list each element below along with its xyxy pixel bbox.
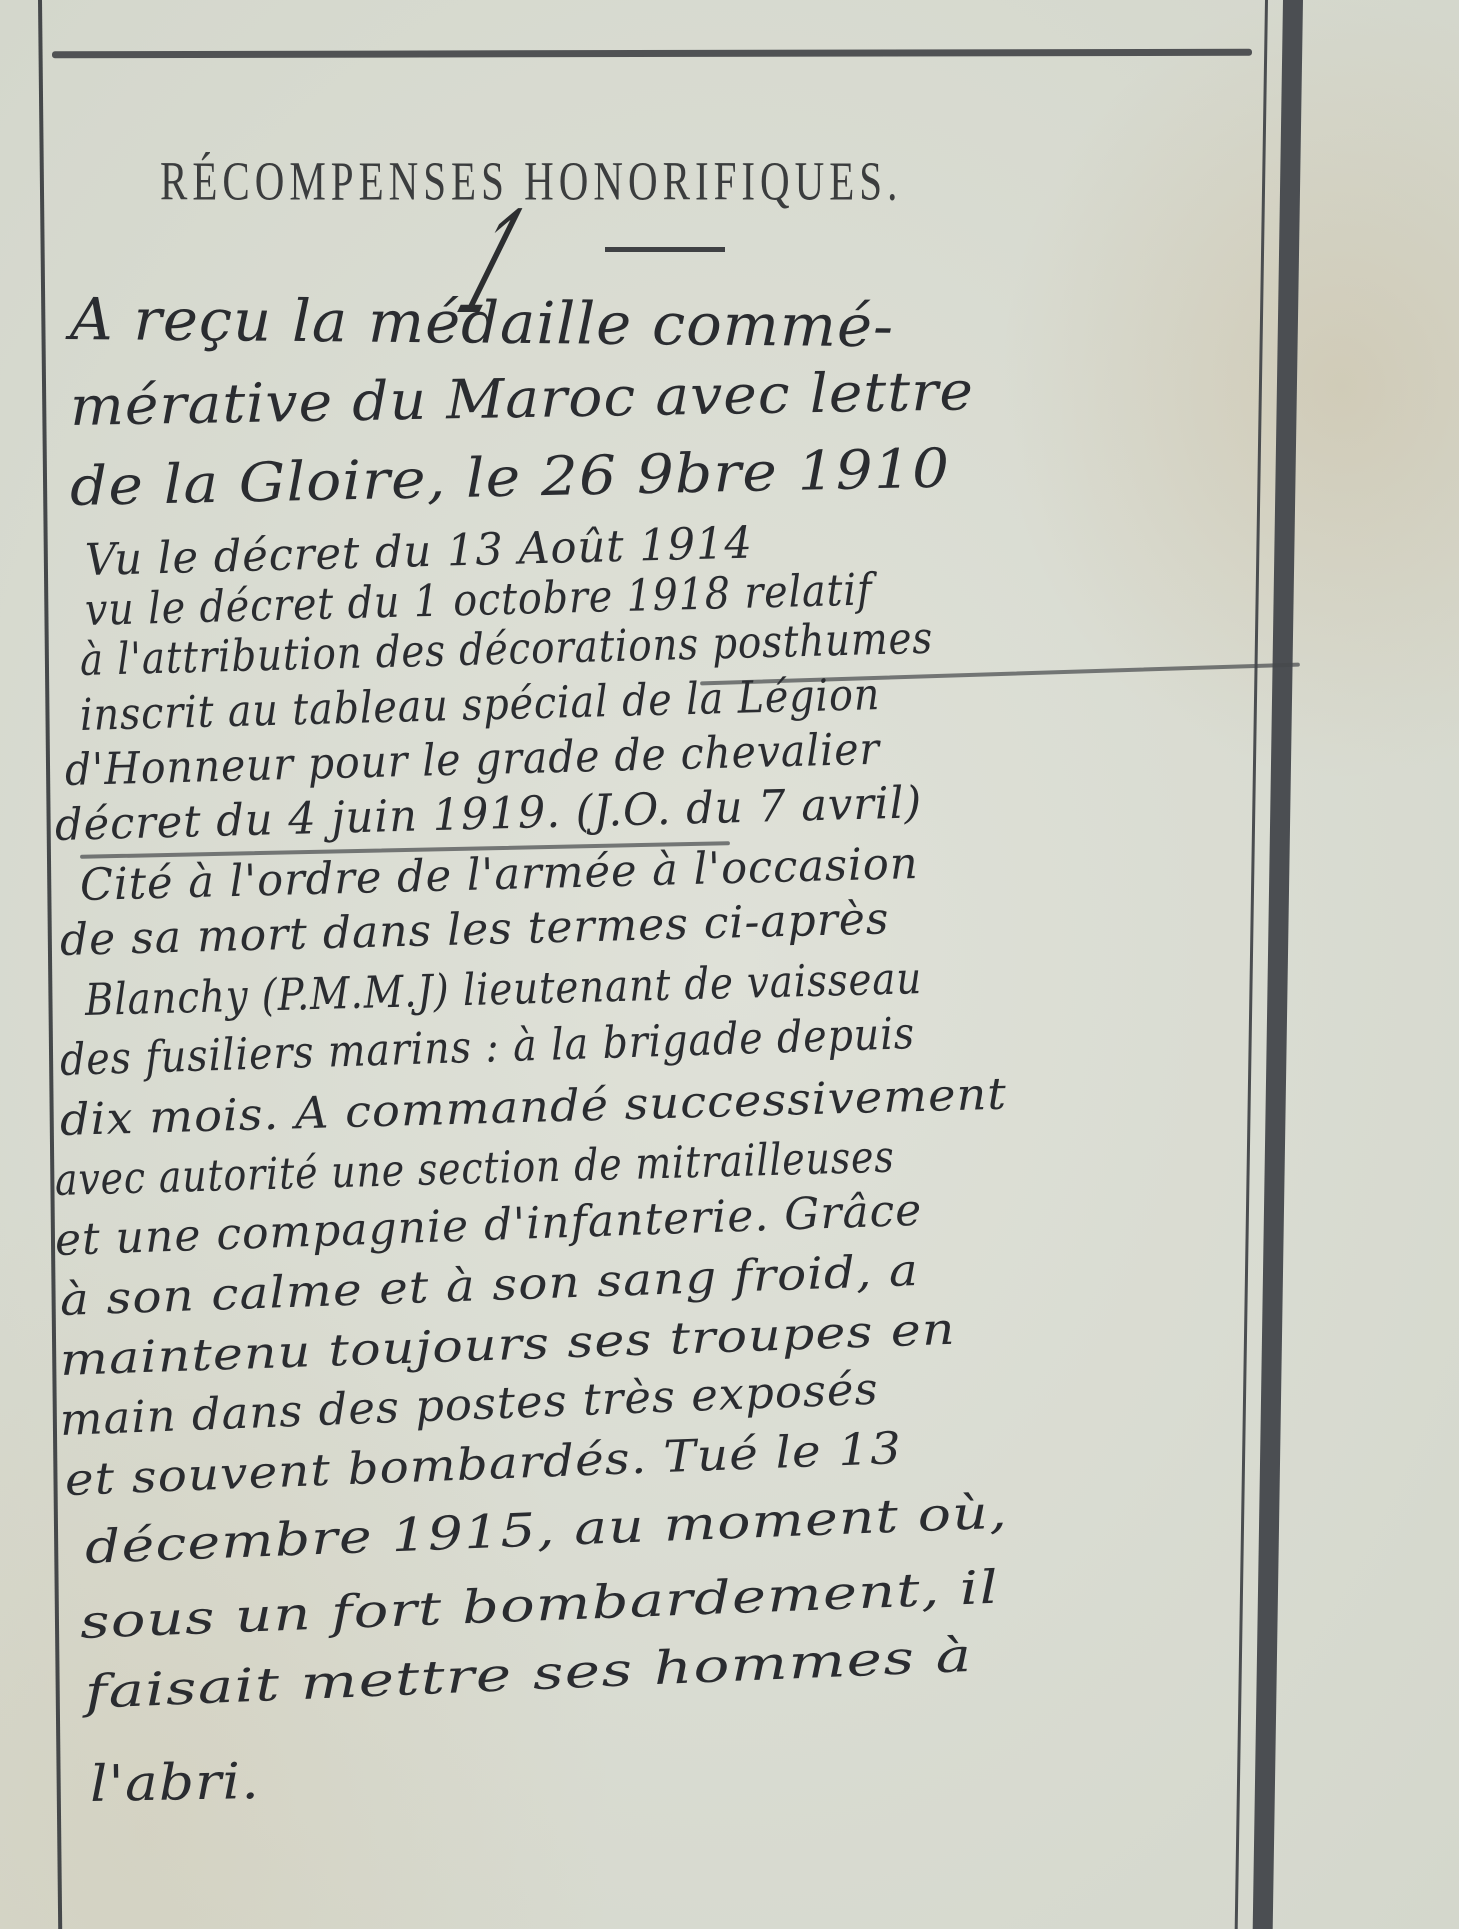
handwritten-text: A reçu la médaille commé- mérative du Ma… (0, 0, 1459, 1929)
handwritten-line: de la Gloire, le 26 9bre 1910 (69, 437, 951, 518)
handwritten-line: l'abri. (89, 1752, 260, 1813)
handwritten-line: mérative du Maroc avec lettre (69, 359, 974, 438)
handwritten-line: A reçu la médaille commé- (70, 285, 895, 360)
document-page: RÉCOMPENSES HONORIFIQUES. 1 A reçu la mé… (0, 0, 1459, 1929)
